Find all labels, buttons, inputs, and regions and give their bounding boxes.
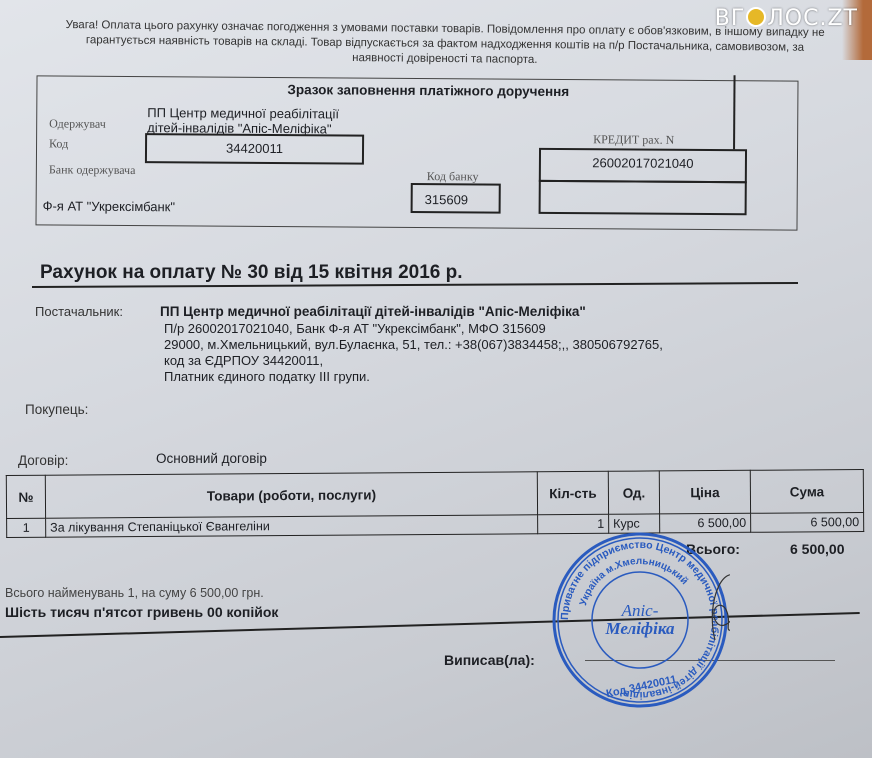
summary-line: Всього найменувань 1, на суму 6 500,00 г…	[5, 586, 264, 600]
svg-text:Апіс-: Апіс-	[621, 601, 659, 620]
col-price: Ціна	[659, 470, 750, 514]
supplier-name: ПП Центр медичної реабілітації дітей-інв…	[160, 304, 780, 320]
col-sum: Сума	[750, 470, 863, 514]
items-table: № Товари (роботи, послуги) Кіл-сть Од. Ц…	[6, 469, 864, 538]
buyer-label: Покупець:	[25, 402, 88, 417]
bank-name: Ф-я АТ "Укрексімбанк"	[43, 198, 175, 214]
invoice-title: Рахунок на оплату № 30 від 15 квітня 201…	[40, 262, 463, 284]
contract-value: Основний договір	[156, 451, 267, 466]
amount-in-words: Шість тисяч п'ятсот гривень 00 копійок	[5, 604, 278, 620]
payment-sample-box: Зразок заповнення платіжного доручення П…	[35, 75, 798, 230]
recipient-name: ПП Центр медичної реабілітації дітей-інв…	[147, 105, 339, 136]
supplier-details: П/р 26002017021040, Банк Ф-я АТ "Укрексі…	[164, 321, 780, 385]
bank-label: Банк одержувача	[49, 162, 136, 178]
supplier-label: Постачальник:	[35, 304, 155, 320]
col-goods: Товари (роботи, послуги)	[45, 472, 537, 518]
payment-notice: Увага! Оплата цього рахунку означає пого…	[60, 18, 830, 71]
credit-empty-box	[539, 180, 747, 215]
code-box: 34420011	[145, 133, 364, 165]
contract-label: Договір:	[18, 453, 68, 468]
code-label: Код	[49, 136, 68, 151]
credit-label: КРЕДИТ рах. N	[593, 132, 674, 148]
speaker-icon	[746, 7, 766, 27]
col-quantity: Кіл-сть	[537, 471, 608, 514]
credit-account-box: 26002017021040	[539, 148, 747, 183]
col-unit: Од.	[608, 471, 659, 514]
recipient-label: Одержувач	[49, 116, 106, 131]
issued-by-label: Виписав(ла):	[444, 652, 535, 668]
credit-divider	[733, 75, 736, 149]
total-value: 6 500,00	[790, 541, 845, 557]
bank-code-box: 315609	[411, 183, 501, 214]
payment-sample-title: Зразок заповнення платіжного доручення	[287, 82, 569, 99]
table-header-row: № Товари (роботи, послуги) Кіл-сть Од. Ц…	[6, 470, 863, 519]
col-number: №	[6, 475, 45, 518]
svg-text:Меліфіка: Меліфіка	[604, 619, 675, 638]
company-stamp: Приватне підприємство Центр медичної реа…	[550, 530, 730, 710]
